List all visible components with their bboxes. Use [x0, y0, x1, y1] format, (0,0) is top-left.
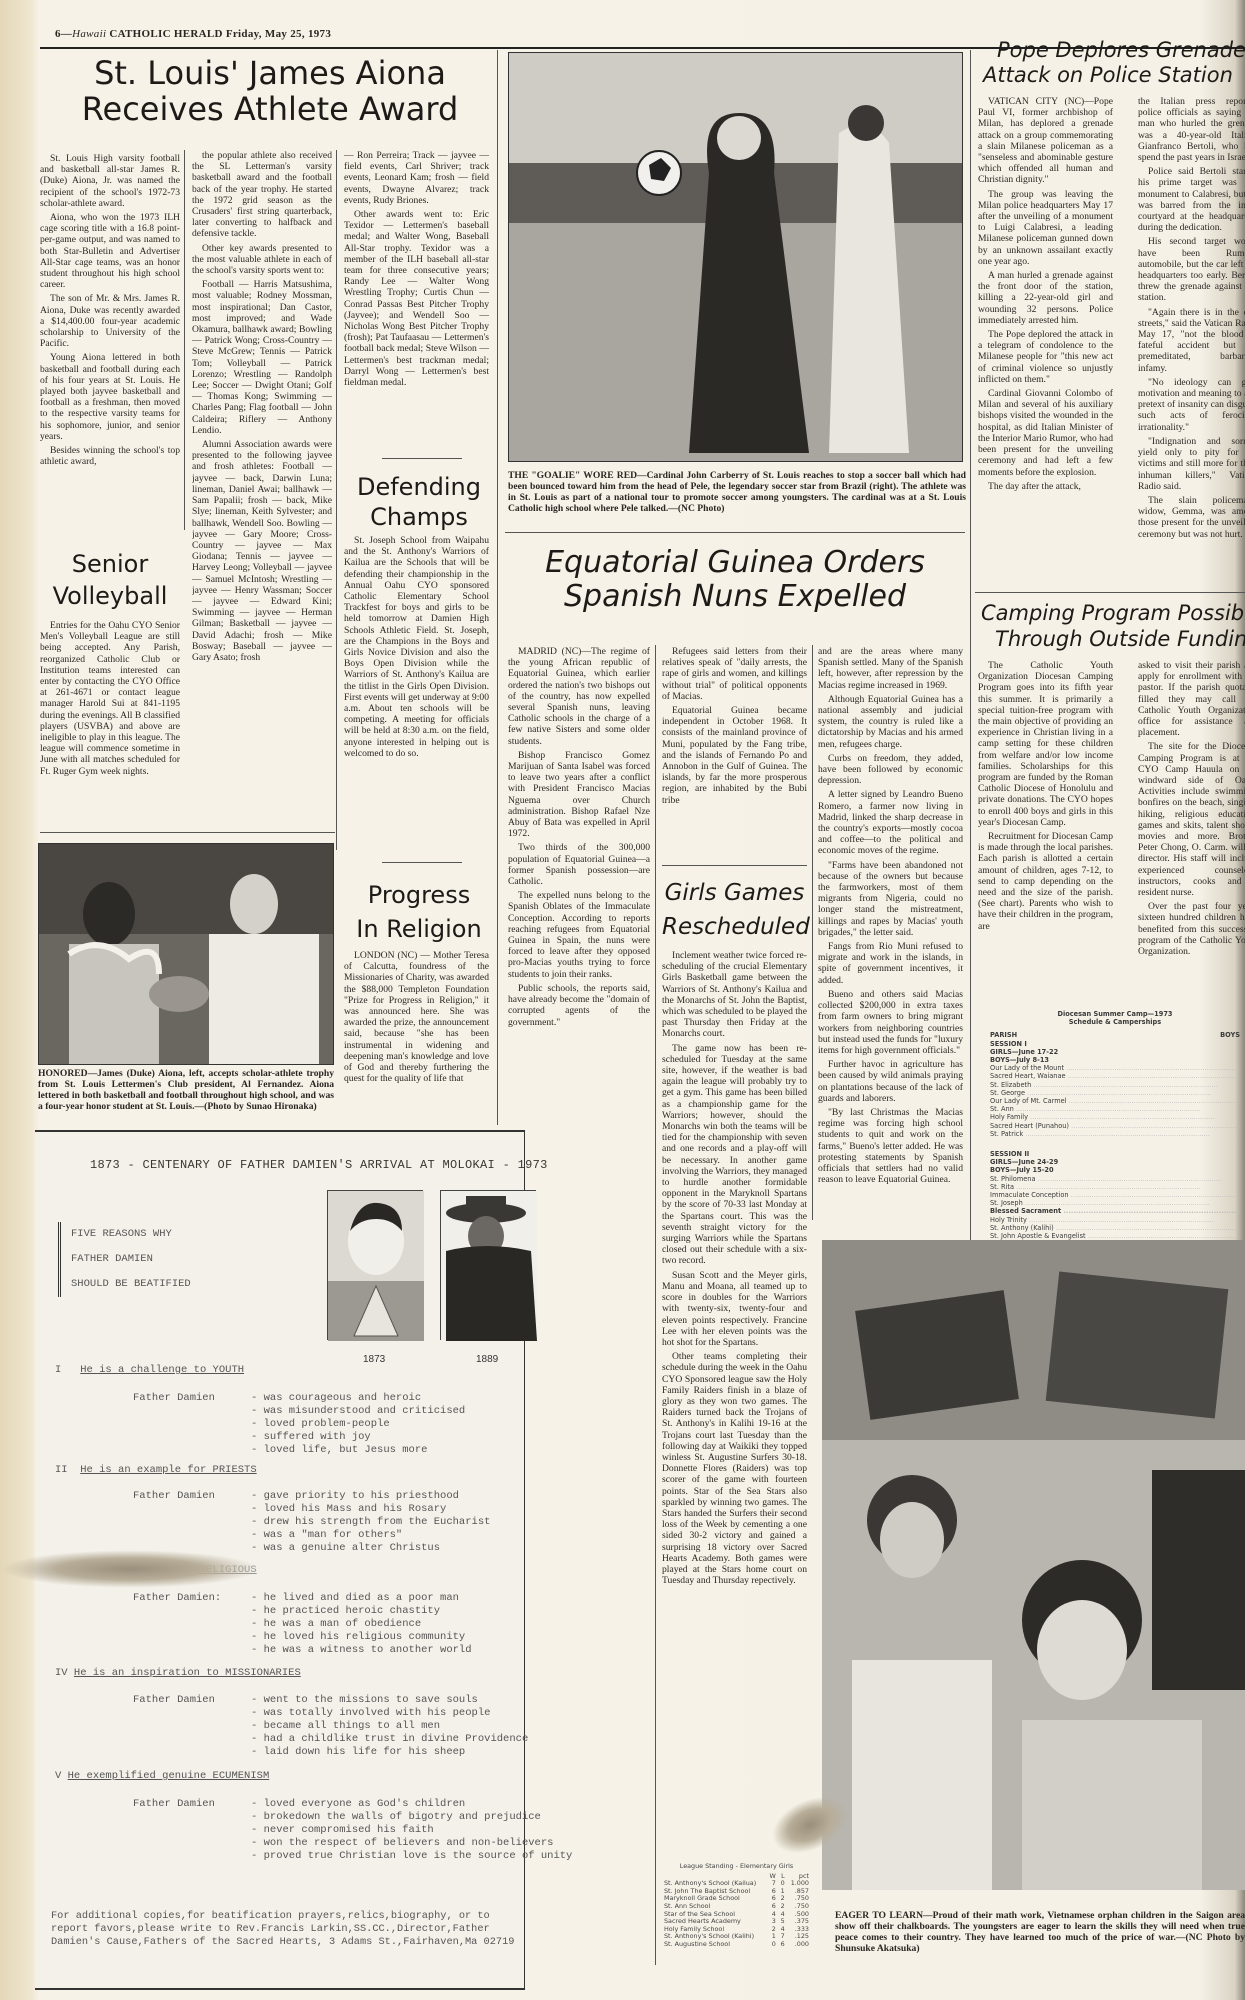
headline-line: Volleyball	[40, 580, 180, 612]
girls-games-headline: Girls Games Rescheduled	[662, 876, 807, 944]
paper-prefix: Hawaii	[72, 28, 106, 40]
paragraph: VATICAN CITY (NC)—Pope Paul VI, former a…	[978, 96, 1113, 186]
paragraph: the popular athlete also received the SL…	[192, 150, 332, 240]
goalie-caption: THE "GOALIE" WORE RED—Cardinal John Carb…	[508, 470, 966, 514]
paragraph: — Ron Perreira; Track — jayvee — field e…	[344, 150, 489, 206]
paragraph: Aiona, who won the 1973 ILH cage scoring…	[40, 212, 180, 290]
reason-3-list: - he lived and died as a poor man - he p…	[251, 1592, 472, 1657]
list-item: - never compromised his faith	[251, 1824, 572, 1837]
paragraph: MADRID (NC)—The regime of the young Afri…	[508, 646, 650, 747]
paragraph: Recruitment for Diocesan Camp is made th…	[978, 831, 1113, 932]
parish-row: Our Lady of the Mount	[990, 1064, 1240, 1072]
flyer-title: 1873 - CENTENARY OF FATHER DAMIEN'S ARRI…	[90, 1158, 548, 1172]
heading-text: He is an example for PRIESTS	[80, 1464, 256, 1476]
list-item: - gave priority to his priesthood	[251, 1490, 490, 1503]
parish-row: St. Joseph	[990, 1199, 1240, 1207]
headline-line: Receives Athlete Award	[40, 92, 500, 128]
standings-title: League Standing - Elementary Girls	[664, 1863, 809, 1871]
headline-line: Rescheduled	[662, 910, 807, 944]
paragraph: Other teams completing their schedule du…	[662, 1351, 807, 1586]
box-line: SHOULD BE BEATIFIED	[71, 1272, 191, 1297]
paragraph: Alumni Association awards were presented…	[192, 439, 332, 663]
paragraph: The son of Mr. & Mrs. James R. Aiona, Du…	[40, 293, 180, 349]
list-item: - suffered with joy	[251, 1431, 465, 1444]
paragraph: The group was leaving the Milan police h…	[978, 189, 1113, 267]
paragraph: Equatorial Guinea became independent in …	[662, 705, 807, 806]
paragraph: Although Equatorial Guinea has a nationa…	[818, 694, 963, 750]
paragraph: LONDON (NC) — Mother Teresa of Calcutta,…	[344, 950, 489, 1084]
numeral: IV	[55, 1667, 68, 1679]
issue-date: Friday, May 25, 1973	[226, 28, 331, 40]
list-item: - proved true Christian love is the sour…	[251, 1850, 572, 1863]
paragraph: Inclement weather twice forced re-schedu…	[662, 950, 807, 1040]
parish-row: St. Ann	[990, 1105, 1240, 1113]
list-item: - was a "man for others"	[251, 1529, 490, 1542]
session-girls-dates: GIRLS—June 24-29	[990, 1158, 1240, 1166]
photo-year: 1889	[476, 1354, 498, 1365]
article-divider	[975, 592, 1245, 593]
photo-damien-1889	[440, 1190, 536, 1340]
parish-row: Holy Family	[990, 1113, 1240, 1121]
subject-label: Father Damien	[133, 1392, 215, 1404]
reason-2-heading: II He is an example for PRIESTS	[55, 1464, 257, 1476]
paragraph: Curbs on freedom, they added, have been …	[818, 753, 963, 787]
parish-row: Sacred Heart (Punahou)	[990, 1122, 1240, 1130]
newspaper-page: 6—Hawaii CATHOLIC HERALD Friday, May 25,…	[0, 0, 1245, 2000]
paragraph: "By last Christmas the Macias regime was…	[818, 1107, 963, 1185]
paragraph: Further havoc in agriculture has been ca…	[818, 1059, 963, 1104]
paragraph: The Catholic Youth Organization Diocesan…	[978, 660, 1113, 828]
parish-row: Sacred Heart, Waianae	[990, 1072, 1240, 1080]
session-name: SESSION I	[990, 1040, 1240, 1048]
headline-line: Progress	[344, 878, 494, 912]
article-divider	[382, 862, 462, 863]
subject-label: Father Damien	[133, 1798, 215, 1810]
reason-4-heading: IV He is an inspiration to MISSIONARIES	[55, 1667, 301, 1679]
headline-line: Defending	[344, 472, 494, 502]
parish-row: St. Philomena	[990, 1175, 1240, 1183]
box-line: FATHER DAMIEN	[71, 1247, 191, 1272]
list-item: - became all things to all men	[251, 1720, 528, 1733]
progress-body: LONDON (NC) — Mother Teresa of Calcutta,…	[344, 950, 489, 1122]
session-name: SESSION II	[990, 1150, 1240, 1158]
five-reasons-box: FIVE REASONS WHY FATHER DAMIEN SHOULD BE…	[58, 1222, 191, 1297]
boys-label: BOYS	[1220, 1031, 1240, 1039]
box-line: FIVE REASONS WHY	[71, 1222, 191, 1247]
camping-headline: Camping Program Possible Through Outside…	[975, 600, 1245, 652]
reason-5-heading: V He exemplified genuine ECUMENISM	[55, 1770, 269, 1782]
list-item: - brokedown the walls of bigotry and pre…	[251, 1811, 572, 1824]
list-item: - had a childlike trust in divine Provid…	[251, 1733, 528, 1746]
standings-table: W L pct St. Anthony's School (Kailua)701…	[664, 1873, 809, 1949]
page-number: 6—	[55, 28, 72, 40]
session-1: SESSION I GIRLS—June 17-22 BOYS—July 8-1…	[990, 1040, 1240, 1138]
list-item: - he was a witness to another world	[251, 1644, 472, 1657]
paragraph: Two thirds of the 300,000 population of …	[508, 842, 650, 887]
parish-row: Holy Trinity	[990, 1216, 1240, 1224]
champs-body: St. Joseph School from Waipahu and the S…	[344, 535, 489, 762]
paragraph: "Again there is in the city streets," sa…	[1138, 307, 1245, 374]
aiona-column-3: — Ron Perreira; Track — jayvee — field e…	[344, 150, 489, 391]
reason-5-list: - loved everyone as God's children - bro…	[251, 1798, 572, 1863]
paragraph: Young Aiona lettered in both basketball …	[40, 352, 180, 442]
paragraph: Fangs from Rio Muni refused to migrate a…	[818, 941, 963, 986]
reason-1-heading: I He is a challenge to YOUTH	[55, 1364, 244, 1376]
reason-2-list: - gave priority to his priesthood - love…	[251, 1490, 490, 1555]
heading-text: He exemplified genuine ECUMENISM	[68, 1770, 270, 1782]
list-item: - he loved his religious community	[251, 1631, 472, 1644]
paragraph: Susan Scott and the Meyer girls, Manu an…	[662, 1270, 807, 1348]
list-item: - was courageous and heroic	[251, 1392, 465, 1405]
column-rule	[497, 50, 498, 1125]
headline-line: Through Outside Funding	[981, 626, 1245, 652]
list-item: - loved life, but Jesus more	[251, 1444, 465, 1457]
guinea-headline: Equatorial Guinea Orders Spanish Nuns Ex…	[505, 546, 965, 613]
paragraph: St. Joseph School from Waipahu and the S…	[344, 535, 489, 759]
paper-tear	[0, 1550, 260, 1588]
numeral: I	[55, 1364, 61, 1376]
champs-headline: Defending Champs	[344, 472, 494, 532]
volleyball-headline: Senior Volleyball	[40, 548, 180, 612]
page-folio: 6—Hawaii CATHOLIC HERALD Friday, May 25,…	[55, 28, 331, 40]
paragraph: Bishop Francisco Gomez Marijuan of Santa…	[508, 750, 650, 840]
list-item: - he practiced heroic chastity	[251, 1605, 472, 1618]
paragraph: Besides winning the school's top athleti…	[40, 445, 180, 467]
headline-line: Girls Games	[662, 876, 807, 910]
paragraph: Entries for the Oahu CYO Senior Men's Vo…	[40, 620, 180, 777]
subject-label: Father Damien	[133, 1490, 215, 1502]
list-item: - was totally involved with his people	[251, 1707, 528, 1720]
photo-figures-icon	[39, 844, 334, 1065]
column-rule	[812, 645, 813, 1220]
article-divider	[662, 865, 807, 866]
father-damien-flyer: 1873 - CENTENARY OF FATHER DAMIEN'S ARRI…	[35, 1130, 525, 1990]
headline-line: Camping Program Possible	[981, 600, 1245, 626]
heading-text: He is an inspiration to MISSIONARIES	[74, 1667, 301, 1679]
article-divider	[382, 458, 462, 459]
progress-headline: Progress In Religion	[344, 878, 494, 946]
headline-line: Spanish Nuns Expelled	[505, 580, 965, 614]
table-row: St. Augustine School06.000	[664, 1941, 809, 1949]
parish-row: St. Elizabeth	[990, 1081, 1240, 1089]
guinea-column-1: MADRID (NC)—The regime of the young Afri…	[508, 646, 650, 1031]
headline-line: Attack on Police Station	[983, 63, 1245, 88]
paragraph: Police said Bertoli started his prime ta…	[1138, 166, 1245, 233]
paragraph: "Indignation and sorrow yield only to pi…	[1138, 436, 1245, 492]
list-item: - went to the missions to save souls	[251, 1694, 528, 1707]
list-item: - he was a man of obedience	[251, 1618, 472, 1631]
paper-name: CATHOLIC HERALD	[109, 28, 222, 40]
camping-column-1: The Catholic Youth Organization Diocesan…	[978, 660, 1113, 935]
photo-damien-1873	[327, 1190, 423, 1340]
paragraph: "Farms have been abandoned not because o…	[818, 860, 963, 938]
paragraph: Other awards went to: Eric Texidor — Let…	[344, 209, 489, 388]
pct-cell: .000	[785, 1941, 809, 1949]
paragraph: the Italian press reported police offici…	[1138, 96, 1245, 163]
parish-row: St. Patrick	[990, 1130, 1240, 1138]
parish-row: Immaculate Conception	[990, 1191, 1240, 1199]
photo-soccer-scene-icon	[509, 53, 963, 462]
portrait-young-priest-icon	[328, 1191, 424, 1341]
list-item: - loved everyone as God's children	[251, 1798, 572, 1811]
aiona-column-2: the popular athlete also received the SL…	[192, 150, 332, 850]
aiona-column-1: St. Louis High varsity football and bask…	[40, 153, 180, 470]
paragraph: Over the past four years sixteen hundred…	[1138, 901, 1245, 957]
headline-line: Equatorial Guinea Orders	[505, 546, 965, 580]
photo-vietnamese-orphans	[822, 1240, 1245, 1890]
paragraph: His second target would have been Rumor'…	[1138, 236, 1245, 303]
eager-caption: EAGER TO LEARN—Proud of their math work,…	[835, 1910, 1245, 1954]
numeral: II	[55, 1464, 68, 1476]
aiona-headline: St. Louis' James Aiona Receives Athlete …	[40, 56, 500, 128]
paragraph: The Pope deplored the attack in a telegr…	[978, 329, 1113, 385]
paragraph: Public schools, the reports said, have a…	[508, 983, 650, 1028]
list-item: - he lived and died as a poor man	[251, 1592, 472, 1605]
flyer-footer-contact: For additional copies,for beatification …	[51, 1910, 521, 1949]
column-rule	[184, 150, 185, 530]
headline-line: St. Louis' James Aiona	[40, 56, 500, 92]
camping-column-2: asked to visit their parish and apply fo…	[1138, 660, 1245, 998]
subject-label: Father Damien	[133, 1694, 215, 1706]
pope-headline: Pope Deplores Grenade Attack on Police S…	[975, 38, 1245, 88]
parish-label: PARISH	[990, 1031, 1017, 1039]
list-item: - laid down his life for his sheep	[251, 1746, 528, 1759]
guinea-column-3: and are the areas where many Spanish set…	[818, 646, 963, 1188]
paragraph: The slain policeman's widow, Gemma, was …	[1138, 495, 1245, 540]
schedule-subtitle: Schedule & Camperships	[990, 1018, 1240, 1026]
pope-column-2: the Italian press reported police offici…	[1138, 96, 1245, 586]
headline-line: In Religion	[344, 912, 494, 946]
column-rule	[970, 50, 971, 1240]
paragraph: asked to visit their parish and apply fo…	[1138, 660, 1245, 738]
photo-cardinal-and-pele	[508, 52, 963, 462]
list-item: - drew his strength from the Eucharist	[251, 1516, 490, 1529]
paragraph: A letter signed by Leandro Bueno Romero,…	[818, 789, 963, 856]
paragraph: The day after the attack,	[978, 481, 1113, 492]
heading-text: He is a challenge to YOUTH	[80, 1364, 244, 1376]
guinea-column-2: Refugees said letters from their relativ…	[662, 646, 807, 809]
paragraph: Bueno and others said Macias collected $…	[818, 989, 963, 1056]
parish-row: Blessed Sacrament	[990, 1207, 1240, 1215]
headline-line: Champs	[344, 502, 494, 532]
parish-row: St. Rita	[990, 1183, 1240, 1191]
parish-row: St. George	[990, 1089, 1240, 1097]
session-boys-dates: BOYS—July 8-13	[990, 1056, 1240, 1064]
volleyball-body: Entries for the Oahu CYO Senior Men's Vo…	[40, 620, 180, 780]
photo-children-chalkboards-icon	[822, 1240, 1245, 1890]
paragraph: Cardinal Giovanni Colombo of Milan and s…	[978, 388, 1113, 478]
session-girls-dates: GIRLS—June 17-22	[990, 1048, 1240, 1056]
paragraph: Refugees said letters from their relativ…	[662, 646, 807, 702]
girls-games-body: Inclement weather twice forced re-schedu…	[662, 950, 807, 1855]
paragraph: Other key awards presented to the most v…	[192, 243, 332, 277]
portrait-older-priest-hat-icon	[441, 1191, 537, 1341]
article-divider	[40, 832, 335, 833]
list-item: - loved his Mass and his Rosary	[251, 1503, 490, 1516]
reason-4-list: - went to the missions to save souls - w…	[251, 1694, 528, 1759]
league-standings: League Standing - Elementary Girls W L p…	[664, 1863, 809, 1949]
paragraph: Football — Harris Matsushima, most valua…	[192, 279, 332, 436]
schedule-title: Diocesan Summer Camp—1973	[990, 1010, 1240, 1018]
paragraph: St. Louis High varsity football and bask…	[40, 153, 180, 209]
paragraph: The expelled nuns belong to the Spanish …	[508, 890, 650, 980]
reason-1-list: - was courageous and heroic - was misund…	[251, 1392, 465, 1457]
paragraph: "No ideology can give motivation and mea…	[1138, 377, 1245, 433]
team-cell: St. Augustine School	[664, 1941, 765, 1949]
paragraph: The game now has been re-scheduled for T…	[662, 1043, 807, 1267]
parish-row: Our Lady of Mt. Carmel	[990, 1097, 1240, 1105]
session-boys-dates: BOYS—July 15-20	[990, 1166, 1240, 1174]
paragraph: A man hurled a grenade against the front…	[978, 270, 1113, 326]
honored-caption: HONORED—James (Duke) Aiona, left, accept…	[38, 1068, 334, 1112]
wins-cell: 0	[765, 1941, 776, 1949]
headline-line: Pope Deplores Grenade	[983, 38, 1245, 63]
column-rule	[336, 150, 337, 850]
losses-cell: 6	[776, 1941, 785, 1949]
subject-label: Father Damien:	[133, 1592, 221, 1604]
paragraph: and are the areas where many Spanish set…	[818, 646, 963, 691]
list-item: - was misunderstood and criticised	[251, 1405, 465, 1418]
photo-year: 1873	[363, 1354, 385, 1365]
parish-row: St. Anthony (Kalihi)	[990, 1224, 1240, 1232]
pope-column-1: VATICAN CITY (NC)—Pope Paul VI, former a…	[978, 96, 1113, 495]
list-item: - was a genuine alter Christus	[251, 1542, 490, 1555]
photo-aiona-trophy	[38, 843, 334, 1065]
numeral: V	[55, 1770, 61, 1782]
paragraph: The site for the Diocesan Camping Progra…	[1138, 741, 1245, 898]
list-item: - loved problem-people	[251, 1418, 465, 1431]
list-item: - won the respect of believers and non-b…	[251, 1837, 572, 1850]
headline-line: Senior	[40, 548, 180, 580]
article-divider	[505, 532, 965, 533]
column-rule	[655, 645, 656, 1965]
